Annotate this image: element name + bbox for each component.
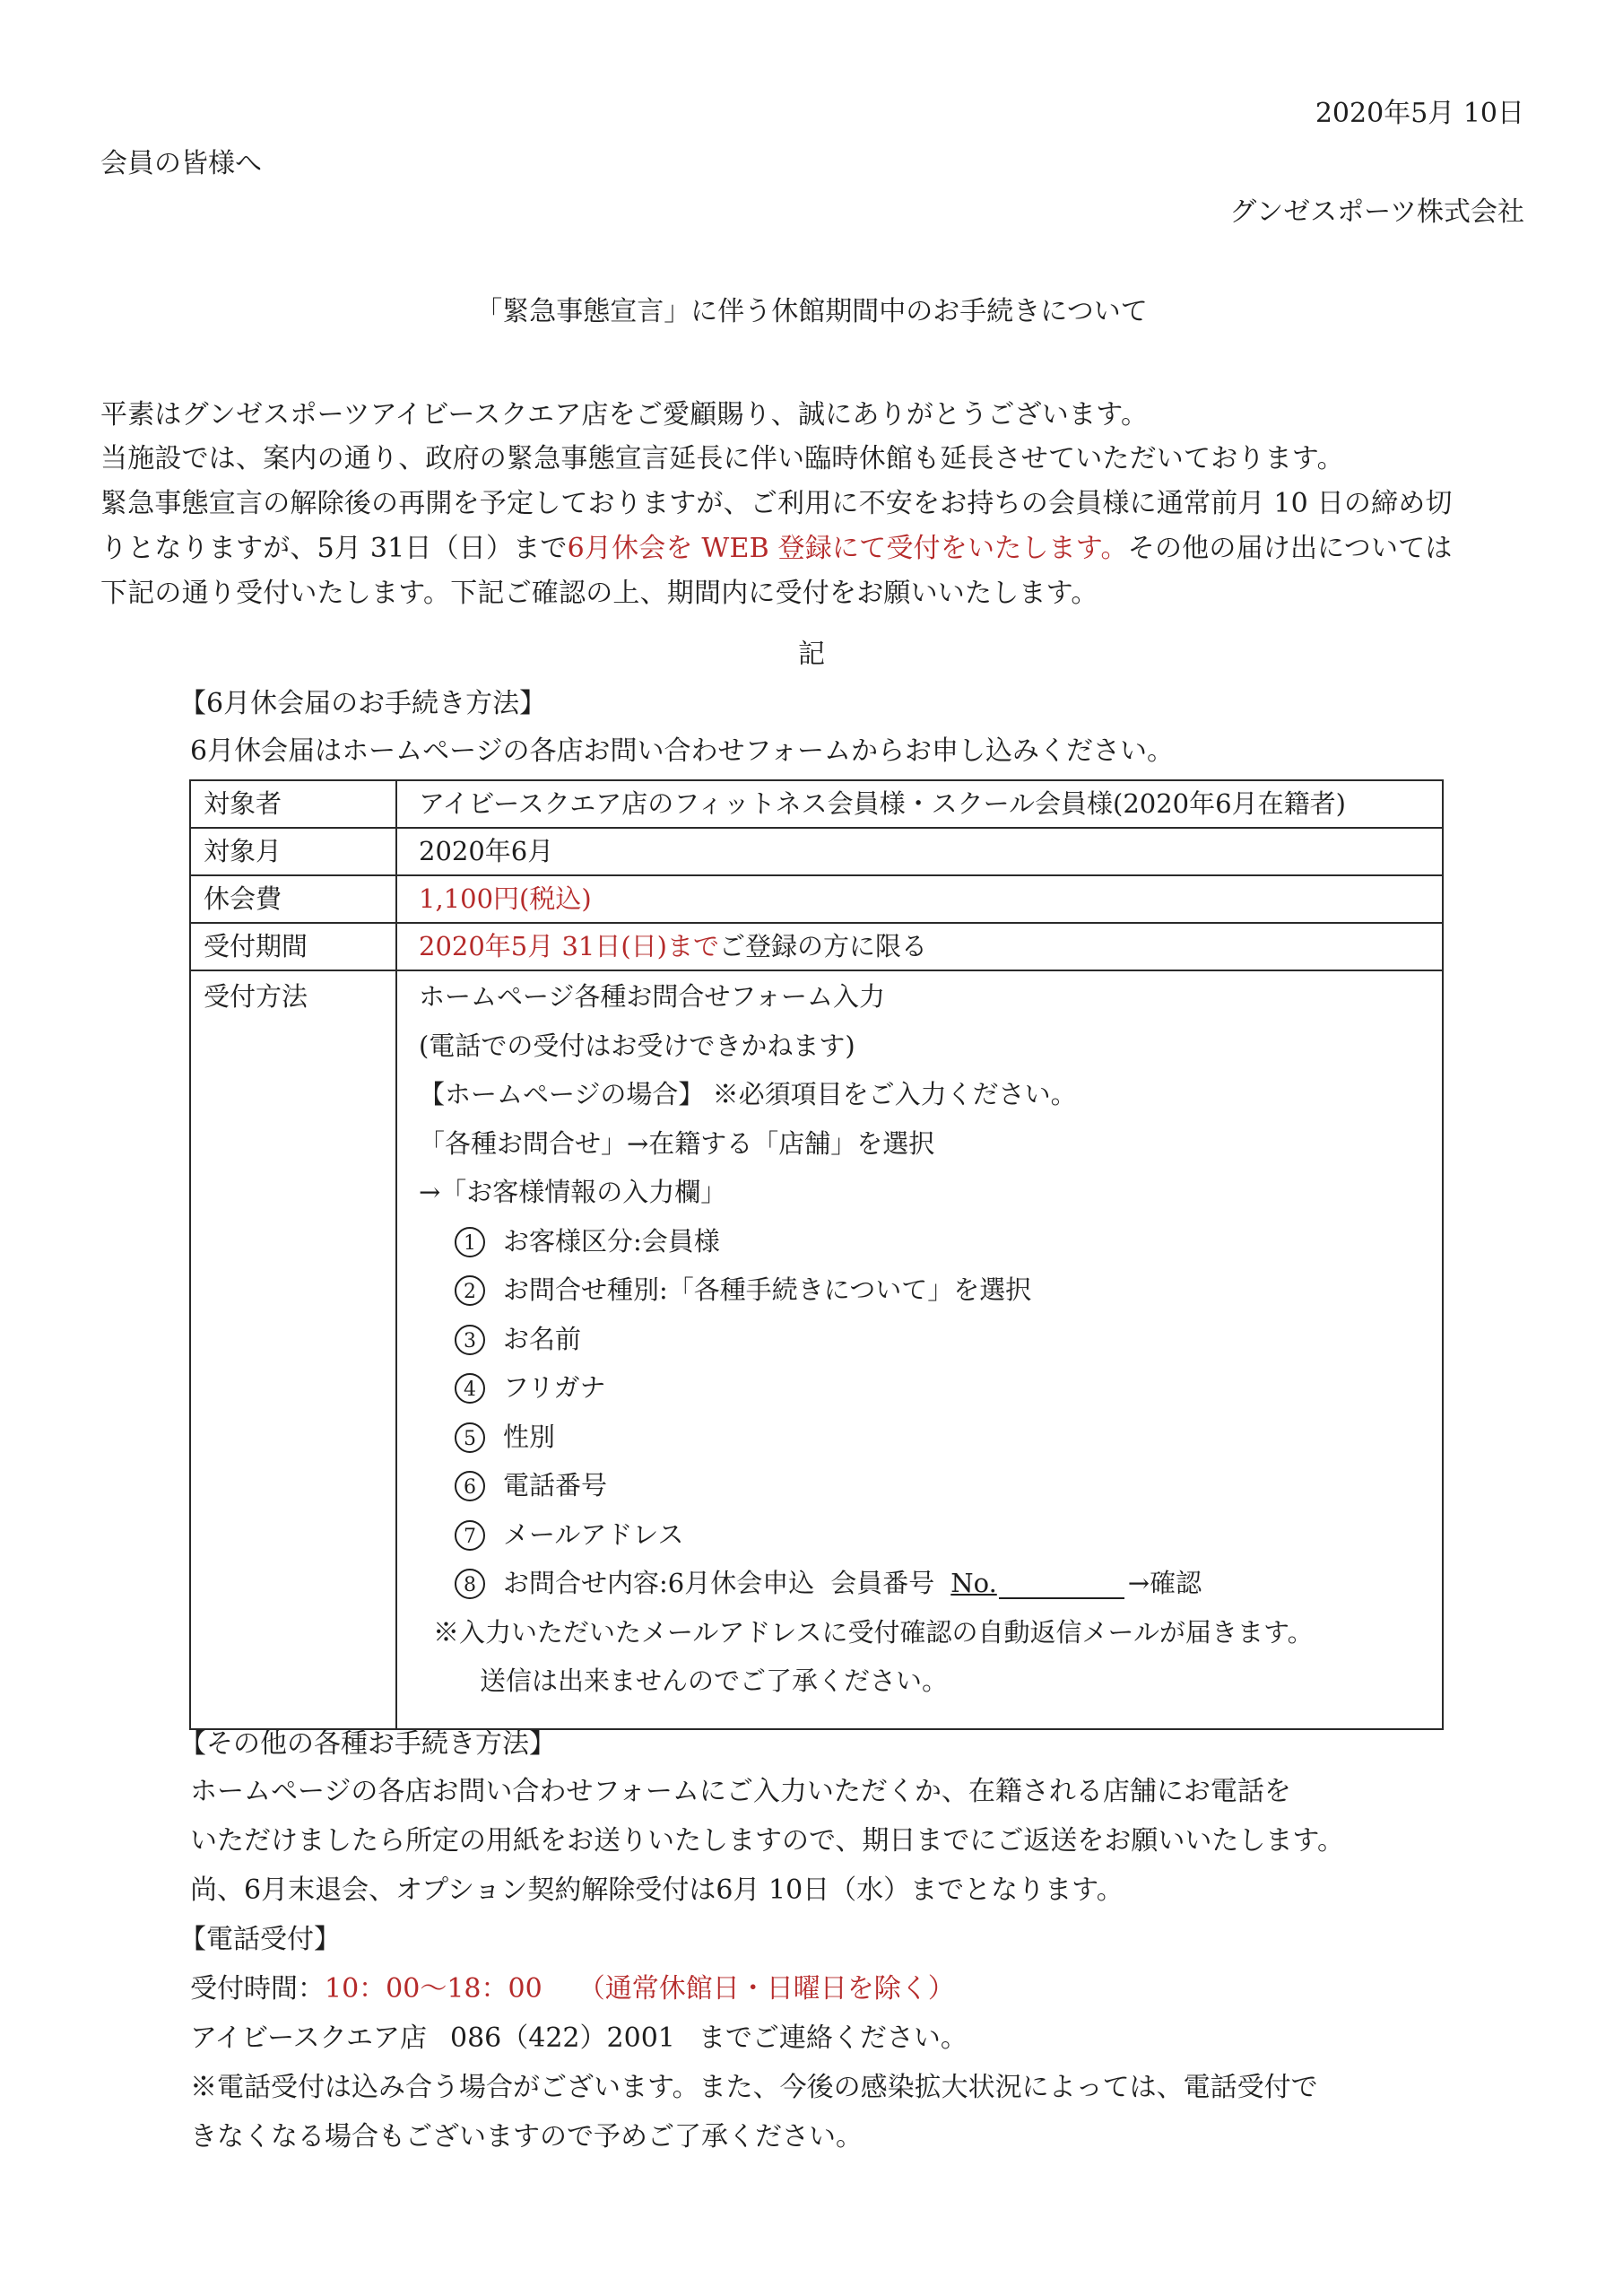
- form-field-item: 6電話番号: [419, 1473, 1442, 1522]
- form-field-label: お客様区分:会員様: [503, 1229, 720, 1255]
- method-line: 【ホームページの場合】 ※必須項目をご入力ください。: [419, 1082, 1442, 1131]
- recipient: 会員の皆様へ: [100, 151, 262, 178]
- confirm-arrow-text: →確認: [1128, 1570, 1202, 1596]
- circled-number-icon: 8: [455, 1569, 485, 1599]
- form-field-label: 電話番号: [503, 1473, 607, 1499]
- document-date: 2020年5月 10日: [1315, 100, 1524, 127]
- form-field-item: 1お客様区分:会員様: [419, 1229, 1442, 1278]
- circled-number-icon: 1: [455, 1227, 485, 1257]
- other-procedures-line-1: ホームページの各店お問い合わせフォームにご入力いただくか、在籍される店舗にお電話…: [190, 1779, 1291, 1805]
- circled-number-icon: 6: [455, 1471, 485, 1501]
- row-label: 受付期間: [190, 923, 396, 970]
- circled-number-icon: 7: [455, 1520, 485, 1551]
- form-field-item: 4フリガナ: [419, 1375, 1442, 1424]
- row-value: 2020年6月: [396, 828, 1443, 875]
- circled-number-icon: 3: [455, 1325, 485, 1355]
- member-number-label: 会員番号: [830, 1570, 934, 1596]
- intro-line-1: 平素はグンゼスポーツアイビースクエア店をご愛顧賜り、誠にありがとうございます。: [100, 402, 1148, 429]
- form-field-label: フリガナ: [503, 1375, 606, 1401]
- hours-note: （通常休館日・日曜日を除く）: [578, 1973, 955, 2005]
- member-number-prefix: No.: [950, 1570, 997, 1596]
- table-row: 受付期間 2020年5月 31日(日)までご登録の方に限る: [190, 923, 1443, 970]
- table-row: 受付方法 ホームページ各種お問合せフォーム入力 (電話での受付はお受けできかねま…: [190, 970, 1443, 1729]
- row-value: 2020年5月 31日(日)までご登録の方に限る: [396, 923, 1443, 970]
- circled-number-icon: 2: [455, 1275, 485, 1306]
- form-field-label: お問合せ種別:「各種手続きについて」を選択: [503, 1277, 1031, 1303]
- phone-contact: アイビースクエア店086（422）2001までご連絡ください。: [190, 2025, 968, 2052]
- method-line: (電話での受付はお受けできかねます): [419, 1033, 1442, 1083]
- form-field-item: 7メールアドレス: [419, 1522, 1442, 1571]
- table-row: 対象月 2020年6月: [190, 828, 1443, 875]
- hours-label: 受付時間：: [190, 1973, 325, 2005]
- row-label: 受付方法: [190, 970, 396, 1729]
- section-description: 6月休会届はホームページの各店お問い合わせフォームからお申し込みください。: [190, 738, 1174, 765]
- deadline-highlight: 2020年5月 31日(日)まで: [419, 931, 719, 961]
- section-heading-june-suspension: 【6月休会届のお手続き方法】: [179, 691, 546, 717]
- member-number-blank: [999, 1570, 1124, 1599]
- circled-number-icon: 4: [455, 1373, 485, 1404]
- method-line: 「各種お問合せ」→在籍する「店舗」を選択: [419, 1131, 1442, 1180]
- form-field-item: 8お問合せ内容:6月休会申込会員番号No.→確認: [419, 1570, 1442, 1620]
- phone-note-line-1: ※電話受付は込み合う場合がございます。また、今後の感染拡大状況によっては、電話受…: [190, 2074, 1318, 2101]
- intro-line-4: りとなりますが、5月 31日（日）まで6月休会を WEB 登録にて受付をいたしま…: [100, 535, 1453, 562]
- hours-value: 10：00～18：00: [325, 1973, 542, 2005]
- other-procedures-line-3: 尚、6月末退会、オプション契約解除受付は6月 10日（水）までとなります。: [190, 1877, 1124, 1904]
- row-value: アイビースクエア店のフィットネス会員様・スクール会員様(2020年6月在籍者): [396, 780, 1443, 828]
- phone-number[interactable]: 086（422）2001: [450, 2022, 675, 2054]
- form-field-item: 3お名前: [419, 1326, 1442, 1376]
- intro-web-registration-highlight: 6月休会を WEB 登録にて受付をいたします。: [568, 533, 1128, 564]
- procedure-table: 対象者 アイビースクエア店のフィットネス会員様・スクール会員様(2020年6月在…: [189, 779, 1444, 1730]
- circled-number-icon: 5: [455, 1422, 485, 1453]
- phone-note-line-2: きなくなる場合もございますので予めご了承ください。: [190, 2124, 863, 2151]
- suspension-fee-value: 1,100円(税込): [396, 875, 1443, 923]
- intro-line-5: 下記の通り受付いたします。下記ご確認の上、期間内に受付をお願いいたします。: [100, 580, 1098, 607]
- auto-reply-note: ※入力いただいたメールアドレスに受付確認の自動返信メールが届きます。: [419, 1620, 1442, 1669]
- form-field-label: 性別: [503, 1424, 555, 1450]
- contact-suffix: までご連絡ください。: [699, 2022, 968, 2054]
- form-field-label: メールアドレス: [503, 1522, 684, 1548]
- form-field-item: 5性別: [419, 1424, 1442, 1474]
- row-label: 対象月: [190, 828, 396, 875]
- row-label: 対象者: [190, 780, 396, 828]
- store-name: アイビースクエア店: [190, 2022, 427, 2054]
- intro-line-4-pre: りとなりますが、5月 31日（日）まで: [100, 533, 568, 564]
- form-field-label: お名前: [503, 1326, 581, 1352]
- section-heading-phone: 【電話受付】: [179, 1926, 341, 1953]
- method-line: ホームページ各種お問合せフォーム入力: [419, 984, 1442, 1033]
- auto-reply-note-2: 送信は出来ませんのでご了承ください。: [419, 1668, 1442, 1718]
- form-field-item: 2お問合せ種別:「各種手続きについて」を選択: [419, 1277, 1442, 1326]
- intro-line-2: 当施設では、案内の通り、政府の緊急事態宣言延長に伴い臨時休館も延長させていただい…: [100, 446, 1344, 473]
- phone-hours: 受付時間：10：00～18：00（通常休館日・日曜日を除く）: [190, 1976, 955, 2003]
- ki-heading: 記: [0, 641, 1623, 668]
- intro-line-3: 緊急事態宣言の解除後の再開を予定しておりますが、ご利用に不安をお持ちの会員様に通…: [100, 491, 1453, 517]
- form-field-label: お問合せ内容:6月休会申込: [503, 1570, 814, 1596]
- method-line: →「お客様情報の入力欄」: [419, 1179, 1442, 1229]
- section-heading-other-procedures: 【その他の各種お手続き方法】: [179, 1731, 556, 1758]
- table-row: 対象者 アイビースクエア店のフィットネス会員様・スクール会員様(2020年6月在…: [190, 780, 1443, 828]
- document-title: 「緊急事態宣言」に伴う休館期間中のお手続きについて: [0, 299, 1623, 326]
- intro-line-4-post: その他の届け出については: [1128, 533, 1453, 564]
- company-name: グンゼスポーツ株式会社: [1229, 199, 1524, 226]
- row-label: 休会費: [190, 875, 396, 923]
- other-procedures-line-2: いただけましたら所定の用紙をお送りいたしますので、期日までにご返送をお願いいたし…: [190, 1828, 1344, 1855]
- method-details: ホームページ各種お問合せフォーム入力 (電話での受付はお受けできかねます) 【ホ…: [396, 970, 1443, 1729]
- deadline-suffix: ご登録の方に限る: [719, 931, 927, 961]
- table-row: 休会費 1,100円(税込): [190, 875, 1443, 923]
